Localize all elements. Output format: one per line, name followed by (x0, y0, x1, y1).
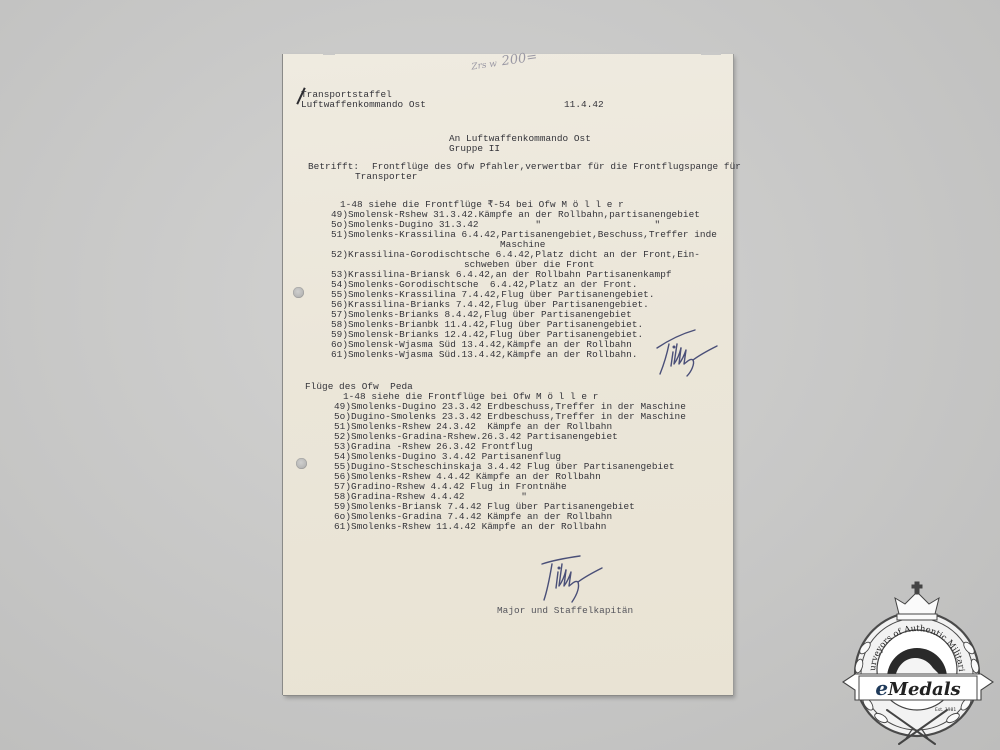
paper-tear (701, 52, 721, 55)
list-item: 61)Smolenks-Wjasma Süd.13.4.42,Kämpfe an… (331, 350, 638, 360)
paper-tear (323, 52, 335, 55)
list-item: 61)Smolenks-Rshew 11.4.42 Kämpfe an der … (334, 522, 606, 532)
subject-line2: Transporter (355, 172, 417, 182)
header-command: Luftwaffenkommando Ost (301, 100, 426, 110)
header-date: 11.4.42 (564, 100, 604, 110)
emedals-watermark-logo: Purveyors of Authentic Militaria eMedals… (835, 578, 995, 748)
pencil-note: Zrs w200= (470, 49, 538, 73)
signature-title: Major und Staffelkapitän (497, 606, 633, 616)
subject-label: Betrifft: (308, 162, 359, 172)
svg-text:eMedals: eMedals (875, 676, 960, 700)
recipient-line2: Gruppe II (449, 144, 500, 154)
handwritten-signature-2 (536, 550, 616, 610)
punch-hole-bottom (296, 458, 307, 469)
handwritten-signature-1 (651, 320, 731, 380)
punch-hole-top (293, 287, 304, 298)
subject-line1: Frontflüge des Ofw Pfahler,verwertbar fü… (372, 162, 741, 172)
document-page: Zrs w200= Transportstaffel Luftwaffenkom… (283, 54, 733, 695)
